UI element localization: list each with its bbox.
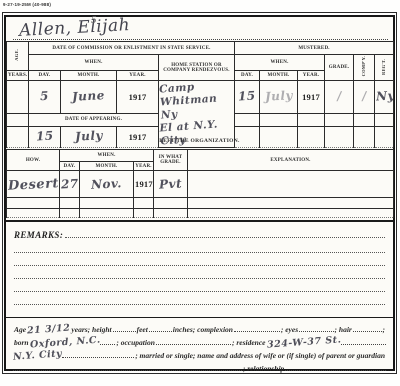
personal-line-age: Age 21 3/12 years; height feet inches; c…: [13, 321, 386, 334]
left-month-value: Nov.: [80, 171, 134, 198]
mustered-blank-cell: [354, 113, 375, 126]
dotted-line: [14, 279, 385, 292]
hair-label: ; hair: [334, 325, 353, 334]
mustered-blank-cell: [375, 113, 394, 126]
residence-label: ; residence: [231, 338, 267, 347]
mustered-day: 15: [235, 81, 260, 114]
born-label: born: [13, 338, 30, 347]
mustered-blank-cell: [298, 113, 325, 126]
grade-header: GRADE.: [325, 55, 354, 81]
mustered-month-header: MONTH.: [260, 71, 298, 81]
mustered-blank-cell: [235, 113, 260, 126]
appearing-month: July: [61, 127, 117, 148]
enlistment-month: June: [61, 81, 117, 114]
personal-line-city: N.Y. City ; married or single; name and …: [13, 347, 386, 360]
mustered-blank-cell: [354, 127, 375, 148]
blank-cell: [60, 209, 80, 218]
complexion-label: inches; complexion: [172, 325, 234, 334]
dotted-line: [341, 344, 386, 345]
dotted-line: [156, 344, 231, 345]
blank-cell: [60, 198, 80, 209]
mustered-blank-cell: [325, 127, 354, 148]
blank-cell: [154, 209, 188, 218]
year-header: YEAR.: [117, 71, 159, 81]
day-header: DAY.: [29, 71, 61, 81]
mustered-year: 1917: [298, 81, 325, 114]
blank-cell: [188, 209, 394, 218]
age-years-value: [7, 81, 29, 114]
enlistment-day: 5: [29, 81, 61, 114]
explanation-value: [188, 171, 394, 198]
left-organization-header: LEFT THE ORGANIZATION.: [6, 138, 393, 144]
mustered-blank-cell: [235, 127, 260, 148]
mustered-blank-cell: [325, 113, 354, 126]
dotted-line: [14, 292, 385, 305]
mustered-year-header: YEAR.: [298, 71, 325, 81]
blank-cell: [154, 198, 188, 209]
relationship-label: ; relationship: [242, 364, 285, 373]
dotted-line: [14, 253, 385, 266]
dotted-line: [285, 370, 386, 371]
home-station-header: HOME STATION OR COMPANY RENDEZVOUS.: [159, 55, 235, 81]
month-header: MONTH.: [61, 71, 117, 81]
mustered-header: MUSTERED.: [235, 42, 394, 55]
how-header: HOW.: [7, 150, 60, 171]
commission-header: DATE OF COMMISSION OR ENLISTMENT IN STAT…: [29, 42, 235, 55]
left-day-header: DAY.: [60, 162, 80, 171]
remarks-section: REMARKS:: [6, 220, 393, 315]
left-organization-table: HOW. WHEN. IN WHAT GRADE. EXPLANATION. D…: [6, 149, 394, 218]
blank-cell: [188, 198, 394, 209]
scanned-service-record: { "form_number": "9-27-19-25M (40-988)",…: [0, 0, 400, 386]
in-what-grade-header: IN WHAT GRADE.: [154, 150, 188, 171]
service-record-card: Allen, Elijah 5 AGE. DATE OF COMMISSION …: [4, 15, 395, 371]
appearing-year: 1917: [117, 127, 159, 148]
dotted-line: [113, 331, 136, 332]
dotted-line: [14, 240, 385, 253]
eyes-label: ; eyes: [280, 325, 299, 334]
remarks-label: REMARKS:: [14, 230, 65, 240]
left-grade-value: Pvt: [154, 171, 188, 198]
company-header: COMP'Y.: [354, 55, 375, 81]
explanation-header: EXPLANATION.: [188, 150, 394, 171]
left-day-value: 27: [60, 171, 80, 198]
mustered-blank-cell: [375, 127, 394, 148]
blank-cell: [80, 198, 134, 209]
dotted-line: [234, 331, 280, 332]
appearing-day: 15: [29, 127, 61, 148]
dotted-line: [149, 331, 172, 332]
dotted-line: [65, 237, 385, 238]
mustered-grade: /: [325, 81, 354, 114]
mustered-regiment: Ny: [375, 81, 394, 114]
left-year-header: YEAR.: [134, 162, 154, 171]
personal-data-section: Age 21 3/12 years; height feet inches; c…: [6, 317, 393, 373]
state-service-table: AGE. DATE OF COMMISSION OR ENLISTMENT IN…: [6, 41, 394, 148]
blank-cell: [134, 209, 154, 218]
soldier-name-line: Allen, Elijah 5: [13, 18, 388, 40]
mustered-company: /: [354, 81, 375, 114]
name-annotation-mark: 5: [91, 16, 97, 26]
left-month-header: MONTH.: [80, 162, 134, 171]
left-organization-row: Deserted 27 Nov. 1917 Pvt: [7, 171, 394, 198]
form-number: 9-27-19-25M (40-988): [3, 2, 51, 7]
occupation-label: ; occupation: [115, 338, 156, 347]
dotted-line: [14, 266, 385, 279]
mustered-when-header: WHEN.: [235, 55, 325, 71]
mustered-blank-cell: [298, 127, 325, 148]
enlistment-row: 5 June 1917 Camp Whitman Ny El at N.Y. C…: [7, 81, 394, 114]
mustered-month: July: [260, 81, 298, 114]
married-single-label: ; married or single; name and address of…: [134, 351, 386, 360]
blank-cell: [80, 209, 134, 218]
mustered-blank-cell: [260, 113, 298, 126]
date-of-appearing-header: DATE OF APPEARING.: [29, 113, 159, 126]
regiment-header: REG'T.: [375, 55, 394, 81]
personal-line-relationship: ; relationship: [13, 360, 386, 373]
personal-line-born: born Oxford, N.C. ; occupation ; residen…: [13, 334, 386, 347]
mustered-blank-cell: [260, 127, 298, 148]
when-header: WHEN.: [29, 55, 159, 71]
blank-cell: [7, 198, 60, 209]
dotted-line: [100, 344, 115, 345]
left-how-value: Deserted: [7, 171, 60, 198]
dotted-line: [353, 331, 382, 332]
enlistment-year: 1917: [117, 81, 159, 114]
dotted-line: [62, 357, 134, 358]
left-year-value: 1917: [134, 171, 154, 198]
left-when-header: WHEN.: [60, 150, 154, 162]
age-label: Age: [13, 325, 27, 334]
blank-cell: [134, 198, 154, 209]
dotted-line: [13, 370, 242, 371]
age-years-blank: [7, 113, 29, 126]
age-column-header: AGE.: [7, 42, 29, 71]
feet-label: feet: [136, 325, 149, 334]
years-header: YEARS.: [7, 71, 29, 81]
dotted-line: [299, 331, 333, 332]
age-years-blank: [7, 127, 29, 148]
soldier-name: Allen, Elijah: [19, 15, 131, 41]
mustered-day-header: DAY.: [235, 71, 260, 81]
blank-cell: [7, 209, 60, 218]
